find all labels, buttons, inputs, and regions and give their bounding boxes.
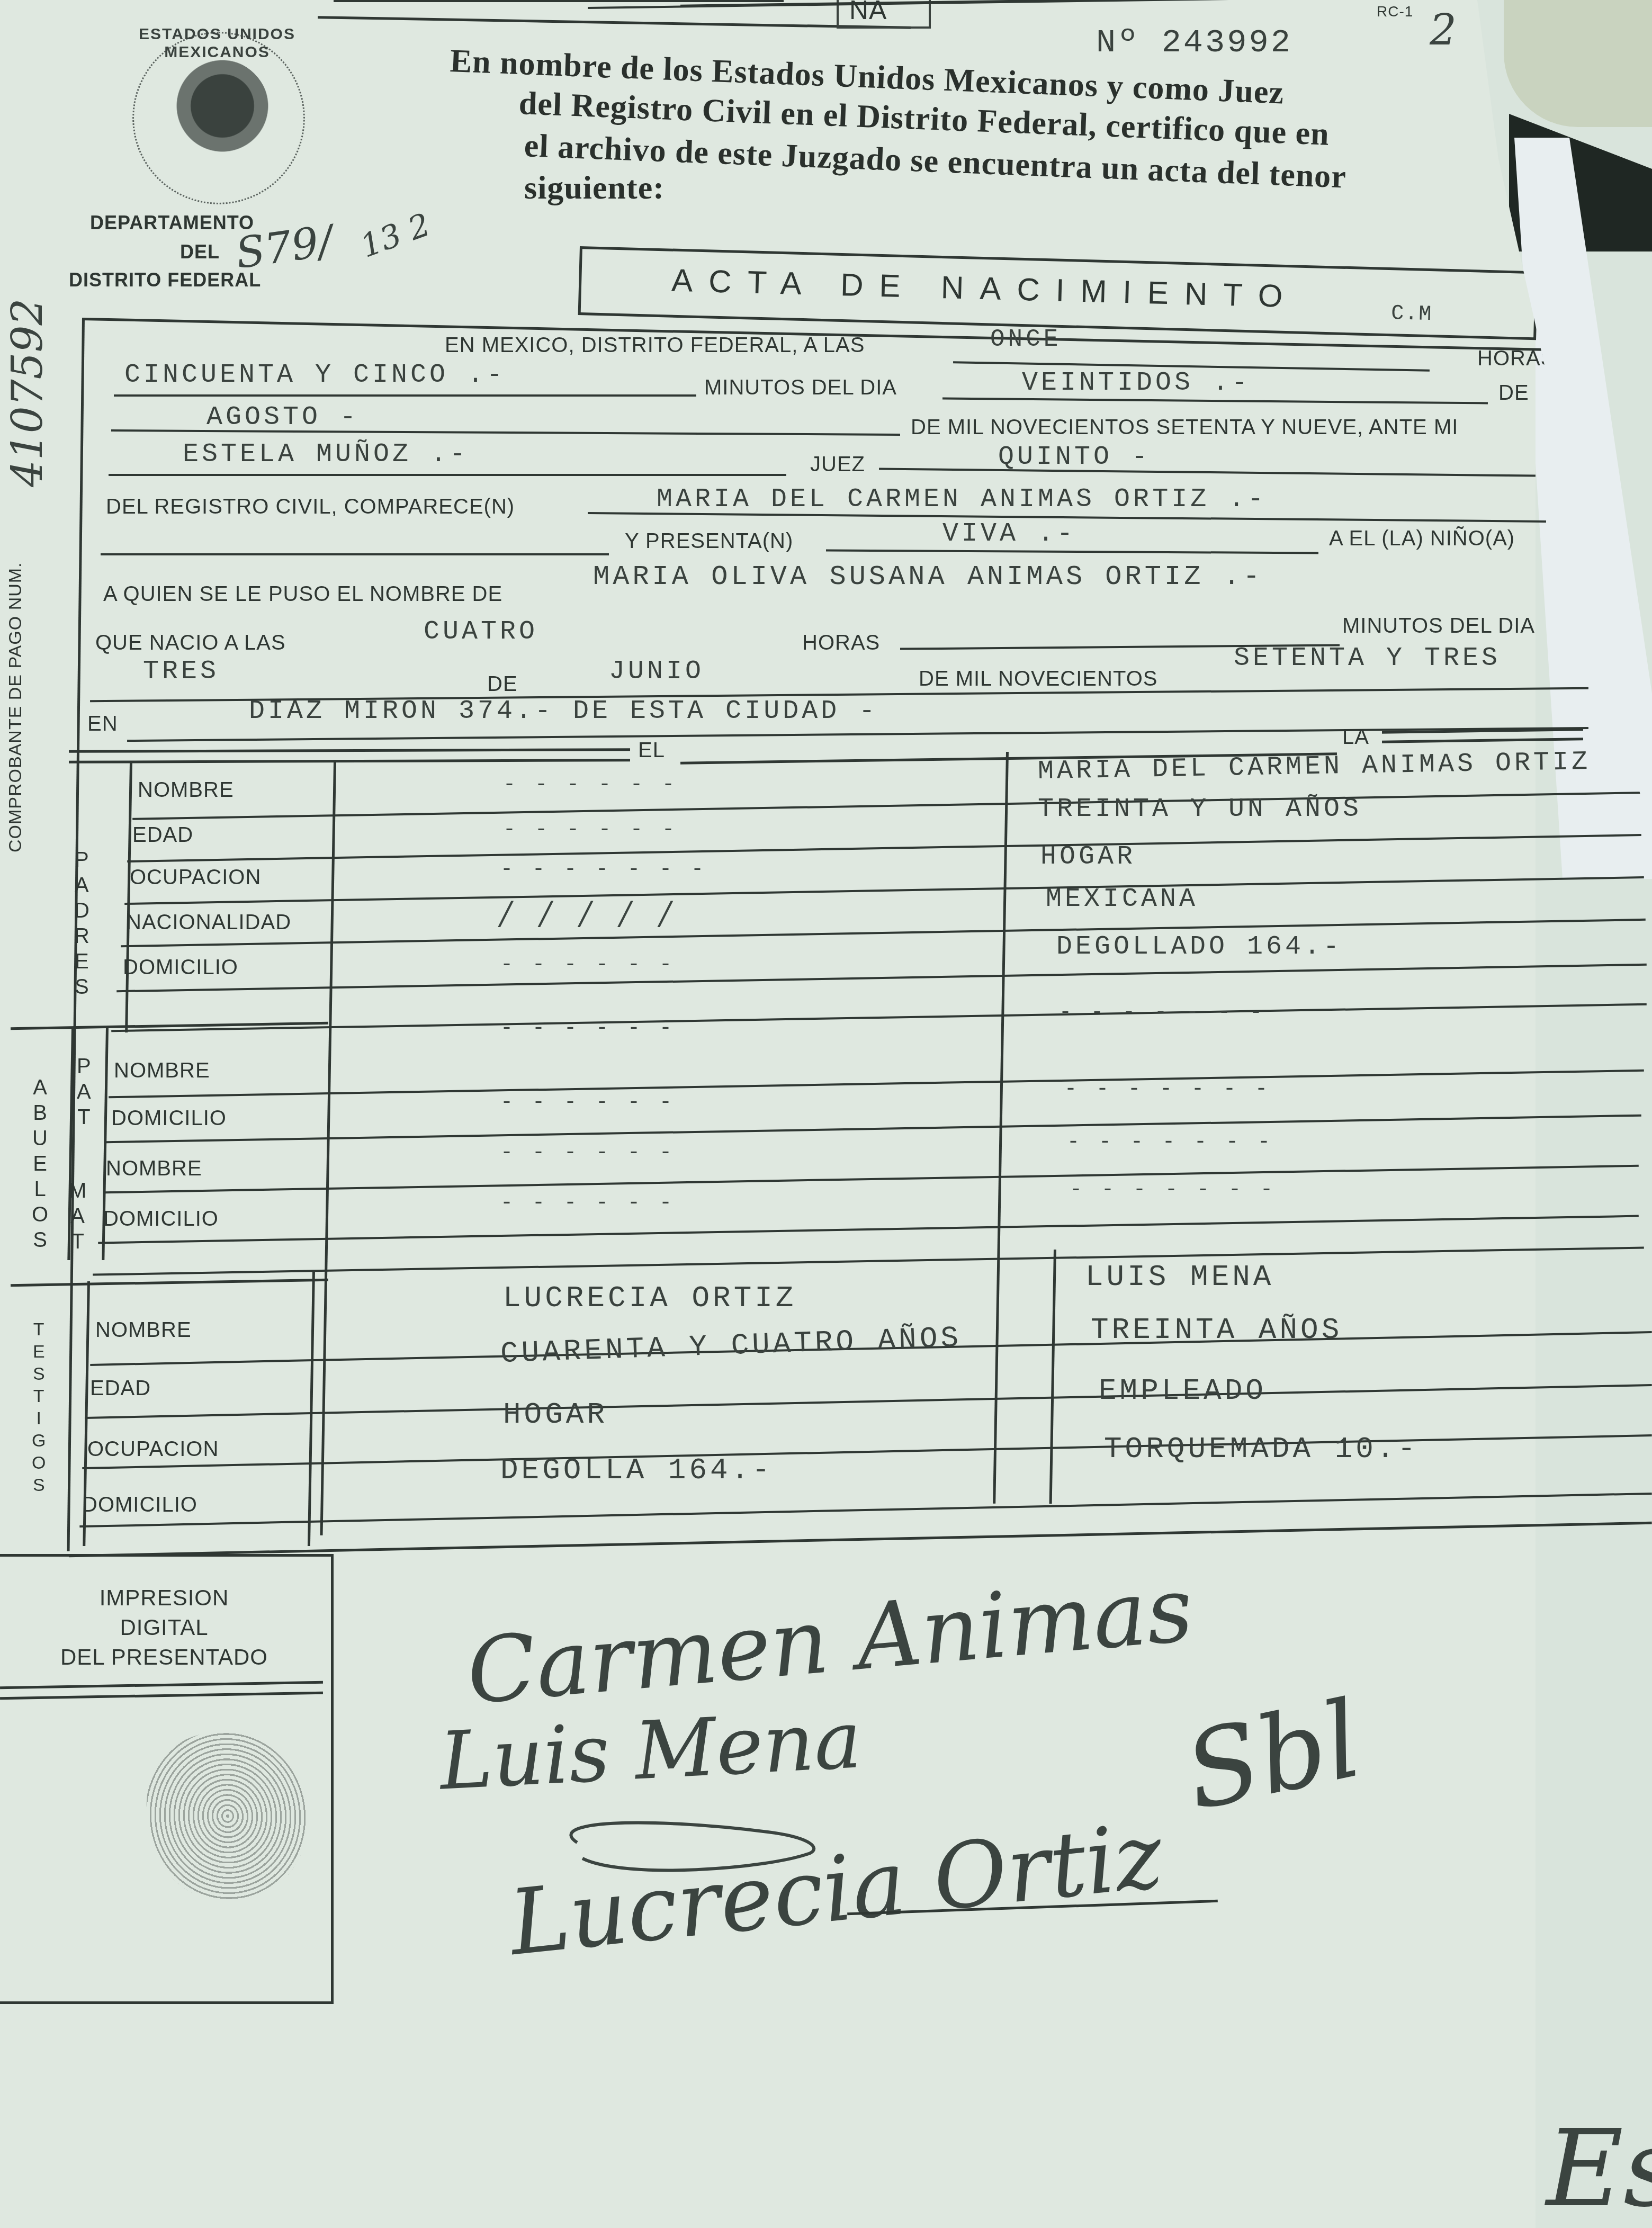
maternal-grandmother-address: - - - - - - - [1070,1178,1276,1202]
row-rule [103,1165,1639,1194]
underline [109,474,786,476]
maternal-grandfather-name: - - - - - - [500,1141,675,1165]
underline [127,727,1588,742]
row-rule [127,834,1641,863]
department-line-3: DISTRITO FEDERAL [69,269,261,291]
row-label: NOMBRE [114,1059,210,1083]
mother-nationality: MEXICANA [1046,884,1198,914]
label-child-name: A QUIEN SE LE PUSO EL NOMBRE DE [103,582,502,606]
value-judge-name: ESTELA MUÑOZ .- [183,439,469,470]
label-appears: DEL REGISTRO CIVIL, COMPARECE(N) [106,495,515,519]
fingerprint-label-line-2: DIGITAL [0,1613,328,1642]
maternal-grandfather-address: - - - - - - [500,1191,675,1215]
underline [942,398,1488,405]
witness-1-occupation: HOGAR [503,1398,608,1432]
paternal-grandmother-address: - - - - - - - [1064,1077,1271,1101]
value-registration-month: AGOSTO - [206,402,359,433]
page-mark: 2 [1430,5,1457,55]
label-presents: Y PRESENTA(N) [625,529,793,553]
value-birth-place: DIAZ MIRON 374.- DE ESTA CIUDAD - [249,696,878,726]
national-seal: ESTADOS UNIDOS MEXICANOS [101,21,334,201]
label-pat: PAT [77,1054,91,1130]
label-born-at: QUE NACIO A LAS [95,631,286,655]
fingerprint-divider [0,1692,323,1700]
row-label: DOMICILIO [103,1207,219,1231]
label-de: DE [487,672,518,696]
row-rule [116,964,1647,992]
signature-bottom-partial: Est [1546,2107,1652,2228]
paternal-grandfather-address: - - - - - - [500,1091,675,1115]
row-label: EDAD [90,1377,151,1400]
row-label: NOMBRE [95,1318,192,1342]
label-minutes-of-day: MINUTOS DEL DIA [704,376,897,400]
label-birth-hours: HORAS [802,631,880,655]
underline [114,394,696,397]
value-child-status: VIVA .- [942,519,1076,549]
father-occupation: - - - - - - - [500,858,707,882]
row-label: NOMBRE [138,778,234,802]
row-label: EDAD [132,823,193,847]
father-nationality: / / / / / [500,895,680,932]
row-label: OCUPACION [130,866,261,890]
witness-1-address: DEGOLLA 164.- [500,1453,773,1487]
number-value: 243992 [1162,24,1292,61]
underline [334,0,784,2]
mother-age: TREINTA Y UN AÑOS [1038,794,1362,824]
row-label: DOMICILIO [111,1107,227,1130]
label-year-prefix: DE MIL NOVECIENTOS [919,667,1157,691]
witness-1-name: LUCRECIA ORTIZ [503,1281,796,1315]
seal-text: ESTADOS UNIDOS MEXICANOS [101,25,334,61]
witness-2-address: TORQUEMADA 10.- [1104,1432,1418,1466]
row-rule [98,1215,1639,1244]
value-declarant: MARIA DEL CARMEN ANIMAS ORTIZ .- [657,484,1267,515]
value-birth-day: TRES [143,657,219,687]
mother-address: DEGOLLADO 164.- [1056,932,1342,962]
witness-1-age: CUARENTA Y CUATRO AÑOS [500,1321,962,1371]
value-registration-day: VEINTIDOS .- [1022,368,1251,398]
top-strip-line [318,16,911,29]
double-rule [69,748,630,753]
underline [111,429,900,436]
row-label: NOMBRE [106,1157,202,1181]
underline [879,468,1536,477]
title-initials: C.M [1391,302,1433,327]
payment-receipt-label: COMPROBANTE DE PAGO NUM. [5,461,26,852]
row-rule [106,1115,1641,1144]
witness-2-age: TREINTA AÑOS [1091,1313,1342,1347]
table-bottom-rule [69,1522,1651,1558]
maternal-grandmother-name: - - - - - - - [1067,1130,1273,1154]
value-registration-minutes: CINCUENTA Y CINCO .- [124,360,506,390]
label-mat: MAT [69,1178,86,1254]
document-title: ACTA DE NACIMIENTO [671,262,1299,315]
double-rule [1382,738,1583,743]
section-label-abuelos: ABUELOS [32,1075,48,1253]
paternal-grandmother-name: - - - - - - - [1059,1001,1265,1025]
row-rule [79,1493,1651,1528]
fingerprint-divider [0,1681,323,1690]
column-header-mother: LA [1342,725,1369,749]
witness-divider [1049,1250,1056,1504]
value-court-number: QUINTO - [998,442,1151,472]
section-label-testigos: TESTIGOS [32,1318,46,1496]
label-judge: JUEZ [810,453,865,477]
label-de: DE [1498,381,1529,405]
label-place: EN [87,712,118,736]
row-rule [85,1384,1651,1419]
eagle-icon [164,58,270,164]
witness-2-occupation: EMPLEADO [1099,1374,1267,1408]
label-column-divider [320,762,336,1535]
value-birth-year: SETENTA Y TRES [1234,643,1501,673]
father-address: - - - - - - [500,953,675,977]
fingerprint-label-line-3: DEL PRESENTADO [0,1642,328,1672]
label-city-hours: EN MEXICO, DISTRITO FEDERAL, A LAS [445,334,865,357]
value-registration-hour: ONCE [990,326,1061,353]
label-to-the-child: A EL (LA) NIÑO(A) [1329,527,1515,551]
father-age: - - - - - - [503,818,678,842]
row-rule [132,792,1641,820]
section-label-padres: PADRES [74,847,89,1000]
value-birth-month: JUNIO [609,657,704,687]
preamble-line-4: siguiente: [524,169,665,207]
row-rule [124,876,1644,905]
paternal-grandfather-name: - - - - - - [500,1017,675,1040]
department-line-1: DEPARTAMENTO [90,212,254,234]
father-name: - - - - - - [503,773,678,797]
row-rule [121,919,1646,947]
value-child-name: MARIA OLIVA SUSANA ANIMAS ORTIZ .- [593,561,1263,592]
row-label: DOMICILIO [123,956,238,980]
fingerprint-label: IMPRESION DIGITAL DEL PRESENTADO [0,1583,328,1672]
payment-receipt-number: 4107592 [3,318,52,487]
label-year-before-me: DE MIL NOVECIENTOS SETENTA Y NUEVE, ANTE… [911,416,1458,439]
mother-occupation: HOGAR [1040,842,1136,872]
certificate-number: Nº 243992 [1096,24,1292,61]
label-column-divider [308,1271,315,1546]
row-label: DOMICILIO [82,1493,197,1517]
fingerprint-label-line-1: IMPRESION [0,1583,328,1613]
number-label: Nº [1096,24,1139,61]
row-rule [109,1070,1644,1099]
double-rule [69,759,630,763]
handwritten-note: 13 2 [356,206,435,265]
signature-judge: Sbl [1175,1677,1371,1834]
underline [101,553,609,555]
column-header-father: EL [638,739,665,762]
mother-name: MARIA DEL CARMEN ANIMAS ORTIZ [1038,747,1591,787]
witness-2-name: LUIS MENA [1085,1260,1274,1294]
birth-certificate-page: NA ESTADOS UNIDOS MEXICANOS DEPARTAMENTO… [0,0,1536,2228]
form-code: RC-1 [1377,3,1413,20]
department-line-2: DEL [180,241,220,263]
row-rule [111,1003,1647,1032]
label-birth-minutes-day: MINUTOS DEL DIA [1342,614,1535,638]
section-rule [11,1279,328,1287]
underline [826,550,1318,554]
value-birth-hour: CUATRO [424,617,538,647]
background-object [1504,0,1652,127]
row-label: NACIONALIDAD [126,911,291,935]
row-label: OCUPACION [87,1438,219,1461]
